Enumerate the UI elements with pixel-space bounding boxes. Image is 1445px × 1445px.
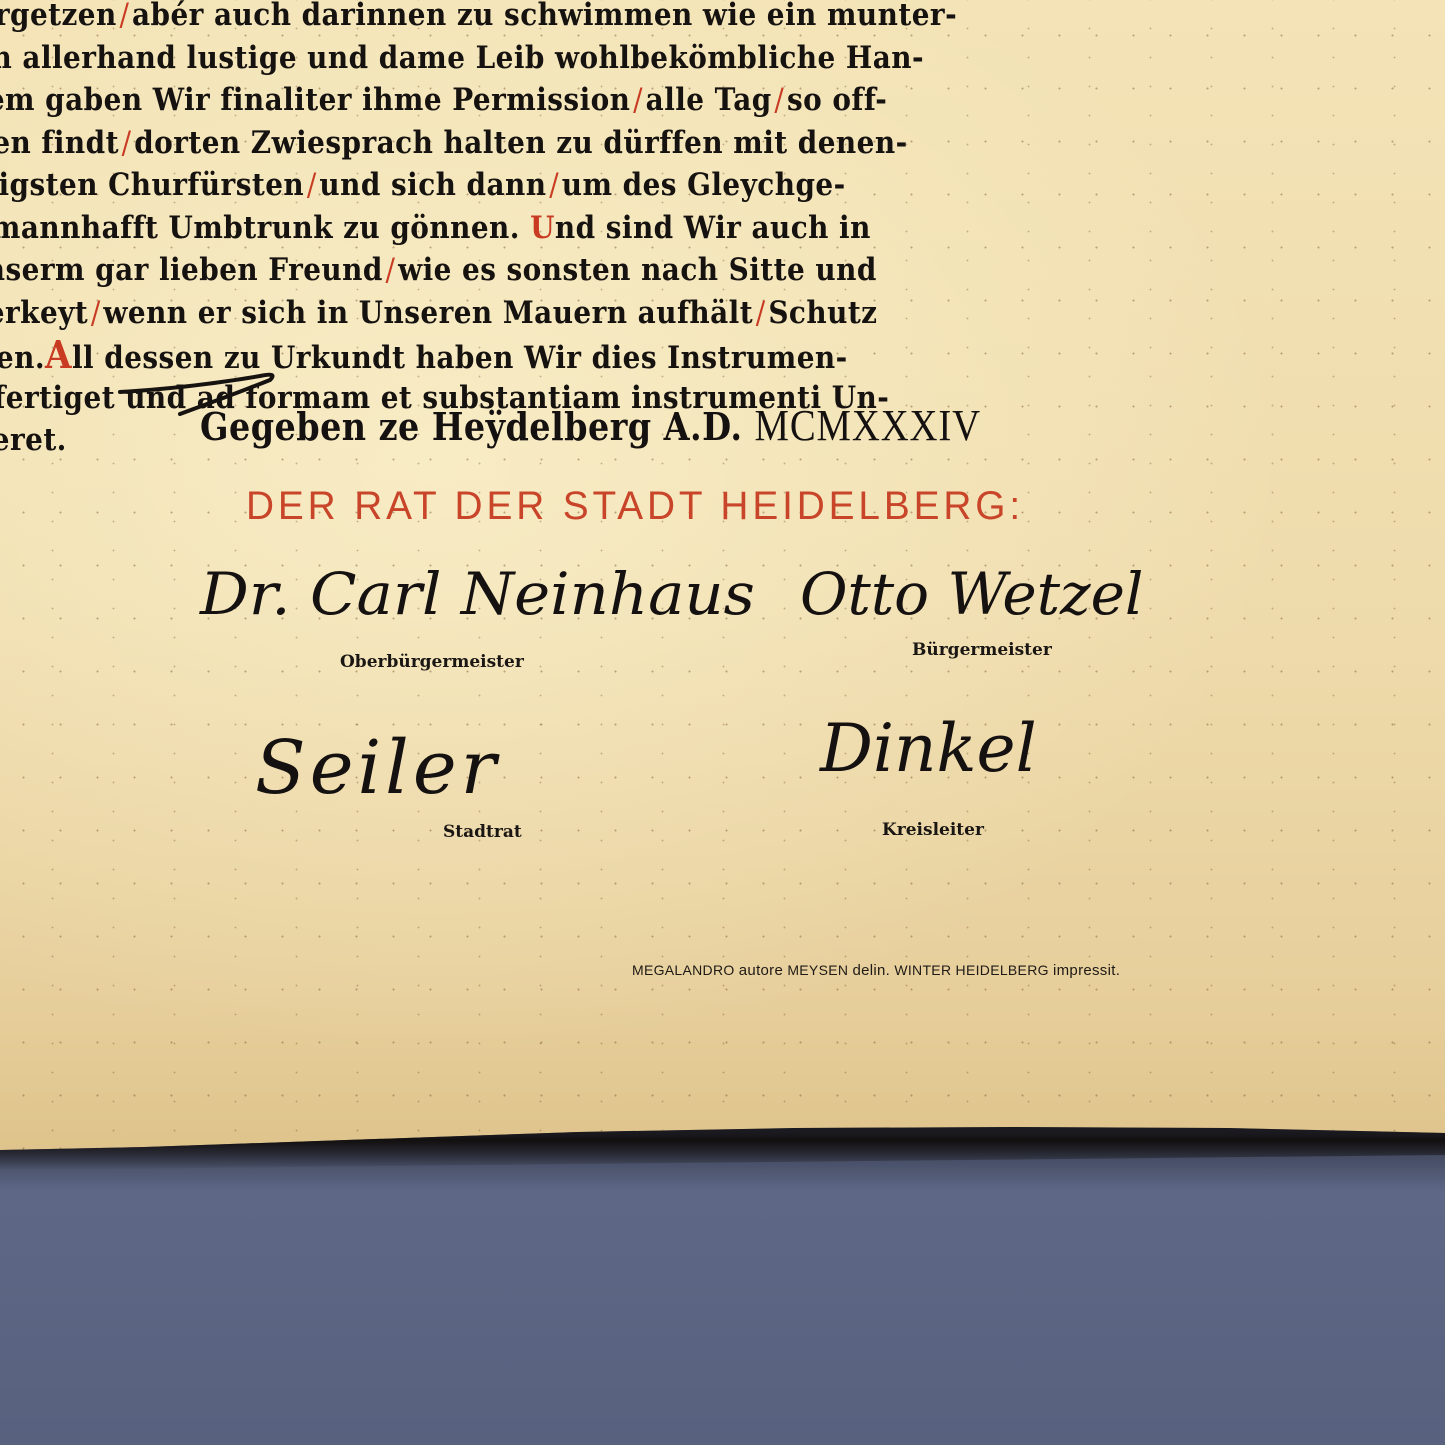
text-segment: um des Gleychge- — [562, 167, 846, 203]
text-segment: ssen findt — [0, 125, 119, 161]
red-virgule: / — [117, 0, 132, 33]
council-heading: DER RAT DER STADT HEIDELBERG: — [246, 484, 1024, 529]
text-line-3: Item gaben Wir finaliter ihme Permission… — [0, 79, 1166, 122]
imprint-printer: WINTER HEIDELBERG — [894, 962, 1048, 978]
red-initial: U — [530, 210, 555, 246]
certificate-paper: vergetzen/abér auch darinnen zu schwimme… — [0, 0, 1445, 1165]
text-line-1: vergetzen/abér auch darinnen zu schwimme… — [0, 0, 1166, 37]
red-initial: A — [45, 332, 72, 377]
text-segment: so off- — [787, 82, 887, 118]
red-virgule: / — [772, 82, 787, 118]
red-virgule: / — [304, 167, 319, 203]
role-label-stadtrat: Stadtrat — [443, 822, 522, 842]
text-segment: n mannhafft Umbtrunk zu gönnen. — [0, 210, 520, 246]
imprint-author: MEGALANDRO — [632, 962, 735, 978]
text-segment: ädigsten Churfürsten — [0, 167, 304, 203]
red-virgule: / — [630, 82, 645, 118]
text-line-7: Unserm gar lieben Freund/wie es sonsten … — [0, 249, 1166, 292]
imprint-text: autore — [739, 962, 783, 979]
given-at-text: Gegeben ze Heÿdelberg A.D. — [200, 404, 742, 449]
text-line-5: ädigsten Churfürsten/und sich dann/um de… — [0, 164, 1166, 207]
text-segment: nd sind Wir auch in — [555, 210, 871, 246]
paper-shadow — [0, 1120, 1445, 1445]
signature-kreisleiter: Dinkel — [820, 710, 1037, 787]
role-label-oberbuergermeister: Oberbürgermeister — [340, 652, 524, 672]
imprint-designer: MEYSEN — [787, 962, 848, 978]
signature-stadtrat: Seiler — [255, 725, 500, 811]
text-segment: Schutz — [768, 295, 877, 331]
printer-imprint: MEGALANDRO autore MEYSEN delin. WINTER H… — [632, 962, 1120, 979]
text-segment: ten allerhand lustige und dame Leib wohl… — [0, 40, 924, 76]
text-segment: Unserm gar lieben Freund — [0, 252, 383, 288]
text-segment: hren. — [0, 340, 45, 376]
text-segment: vergetzen — [0, 0, 117, 33]
role-label-buergermeister: Bürgermeister — [912, 640, 1052, 660]
text-segment: wie es sonsten nach Sitte und — [398, 252, 877, 288]
text-line-6: n mannhafft Umbtrunk zu gönnen. Und sind… — [0, 207, 1166, 250]
text-line-2: ten allerhand lustige und dame Leib wohl… — [0, 37, 1166, 80]
signature-oberbuergermeister: Dr. Carl Neinhaus — [200, 560, 755, 628]
date-place-line: Gegeben ze Heÿdelberg A.D. MCMXXXIV — [200, 400, 981, 451]
signature-buergermeister: Otto Wetzel — [800, 560, 1143, 628]
text-line-4: ssen findt/dorten Zwiesprach halten zu d… — [0, 122, 1166, 165]
text-segment: abér auch darinnen zu schwimmen wie ein … — [132, 0, 957, 33]
text-segment: wenn er sich in Unseren Mauern aufhält — [103, 295, 753, 331]
text-line-8: Herkeyt/wenn er sich in Unseren Mauern a… — [0, 292, 1166, 335]
red-virgule: / — [753, 295, 768, 331]
text-segment: alle Tag — [646, 82, 772, 118]
text-segment: Herkeyt — [0, 295, 88, 331]
text-segment: Item gaben Wir finaliter ihme Permission — [0, 82, 630, 118]
roman-year: MCMXXXIV — [755, 401, 981, 450]
text-segment: uieret. — [0, 422, 67, 458]
red-virgule: / — [88, 295, 103, 331]
text-segment: und sich dann — [319, 167, 546, 203]
imprint-text: delin. — [852, 962, 890, 979]
imprint-text: impressit. — [1053, 962, 1120, 979]
text-segment: dorten Zwiesprach halten zu dürffen mit … — [134, 125, 907, 161]
red-virgule: / — [546, 167, 561, 203]
role-label-kreisleiter: Kreisleiter — [882, 820, 984, 840]
red-virgule: / — [383, 252, 398, 288]
red-virgule: / — [119, 125, 134, 161]
